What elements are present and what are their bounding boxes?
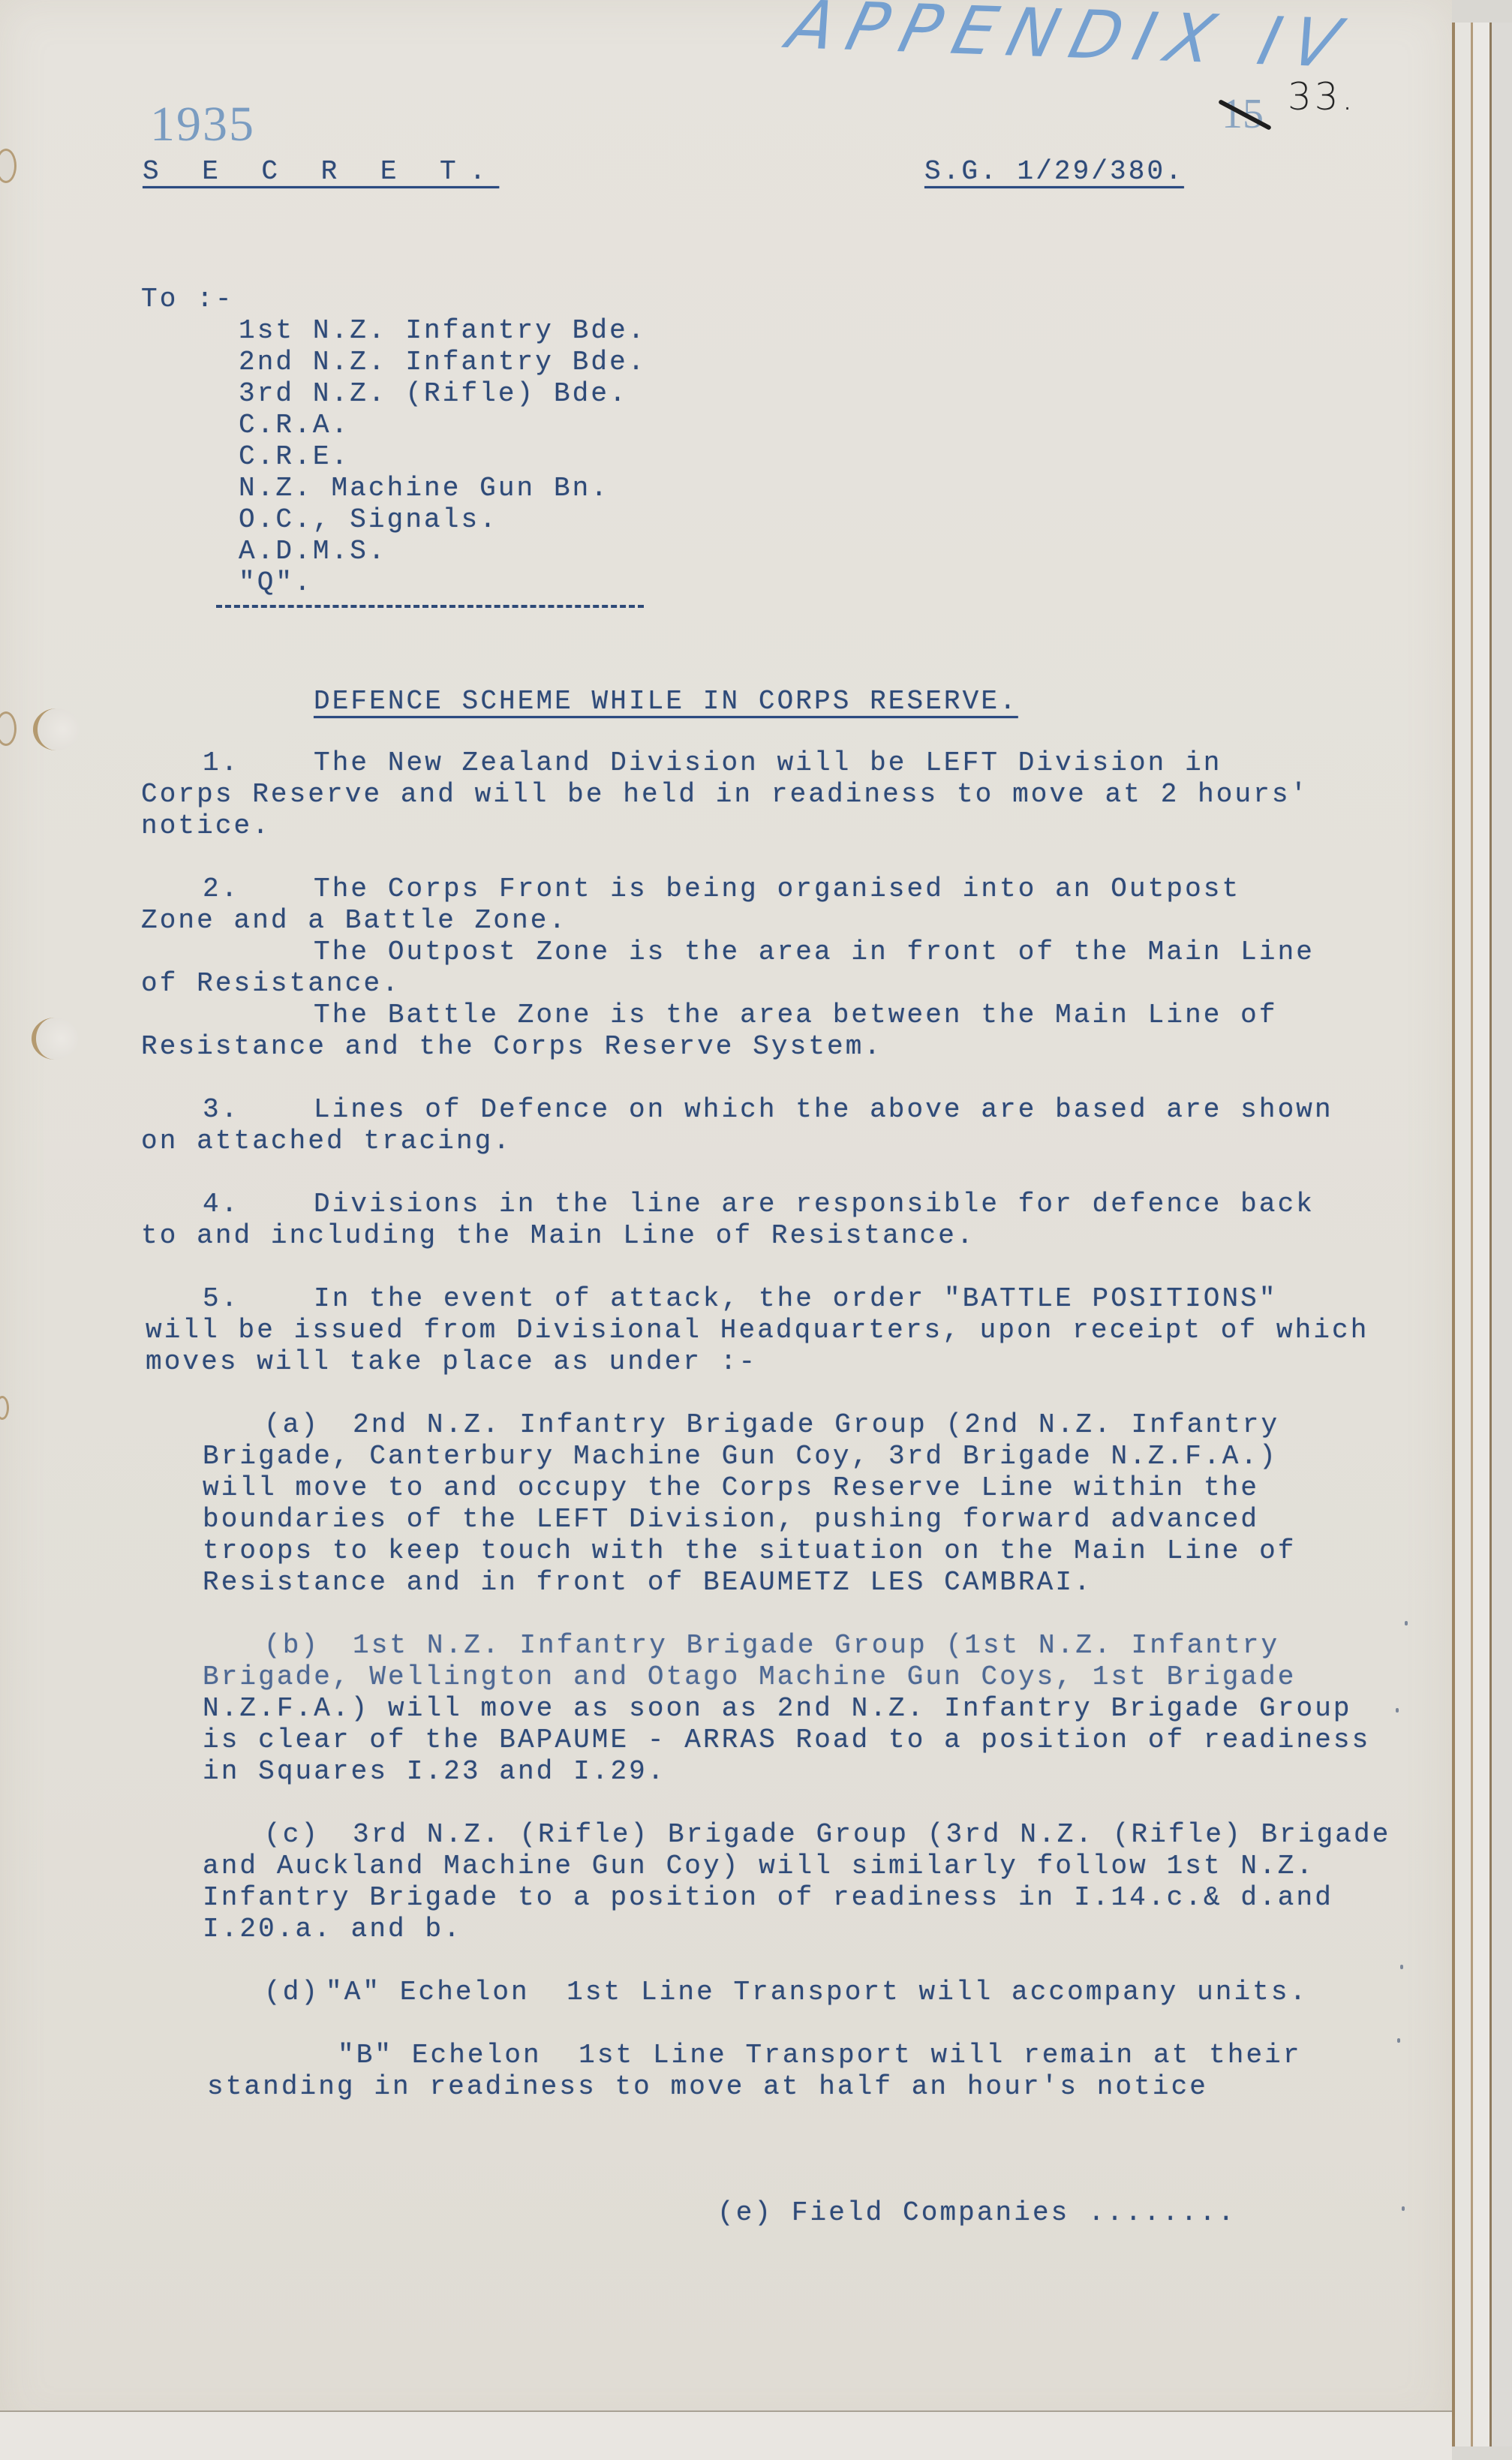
paragraph-line: will move to and occupy the Corps Reserv… bbox=[203, 1472, 1259, 1504]
paragraph-number: 2. bbox=[203, 874, 239, 905]
paragraph-line: N.Z.F.A.) will move as soon as 2nd N.Z. … bbox=[203, 1693, 1352, 1725]
sub-paragraph-label: (c) bbox=[264, 1819, 320, 1851]
stamp-year: 1935 bbox=[150, 96, 255, 153]
addressee-item: 3rd N.Z. (Rifle) Bde. bbox=[239, 378, 628, 410]
punch-hole-icon bbox=[32, 1018, 78, 1060]
paragraph-line: on attached tracing. bbox=[141, 1126, 512, 1157]
ink-speck bbox=[1405, 1621, 1408, 1625]
addressee-item: 1st N.Z. Infantry Bde. bbox=[239, 315, 646, 347]
paragraph-line: Lines of Defence on which the above are … bbox=[314, 1094, 1333, 1126]
paragraph-line: to and including the Main Line of Resist… bbox=[141, 1220, 975, 1252]
addressee-item: A.D.M.S. bbox=[239, 536, 387, 567]
paragraph-line: 1st N.Z. Infantry Brigade Group (1st N.Z… bbox=[353, 1630, 1279, 1662]
document-title: DEFENCE SCHEME WHILE IN CORPS RESERVE. bbox=[314, 686, 1018, 717]
ink-speck bbox=[1402, 2206, 1405, 2211]
paragraph-line: of Resistance. bbox=[141, 968, 401, 1000]
paragraph-number: 1. bbox=[203, 747, 239, 779]
section-divider bbox=[216, 605, 644, 608]
paragraph-line: I.20.a. and b. bbox=[203, 1914, 462, 1945]
addressee-item: C.R.E. bbox=[239, 441, 350, 473]
paragraph-line: Resistance and in front of BEAUMETZ LES … bbox=[203, 1567, 1093, 1598]
addressee-item: O.C., Signals. bbox=[239, 504, 498, 536]
underlying-sheet-edge bbox=[1489, 23, 1512, 2446]
punch-hole-icon bbox=[0, 711, 17, 746]
paragraph-line: moves will take place as under :- bbox=[146, 1346, 757, 1378]
punch-hole-icon bbox=[0, 149, 17, 183]
paragraph-line: Brigade, Canterbury Machine Gun Coy, 3rd… bbox=[203, 1441, 1278, 1472]
addressee-item: N.Z. Machine Gun Bn. bbox=[239, 473, 609, 504]
sub-paragraph-label: (a) bbox=[264, 1409, 320, 1441]
paragraph-number: 5. bbox=[203, 1283, 239, 1315]
addressee-label: To :- bbox=[141, 284, 234, 315]
appendix-label: APPENDIX IV bbox=[780, 0, 1360, 83]
paragraph-line: Corps Reserve and will be held in readin… bbox=[141, 779, 1309, 810]
paragraph-number: 3. bbox=[203, 1094, 239, 1126]
paragraph-line: 2nd N.Z. Infantry Brigade Group (2nd N.Z… bbox=[353, 1409, 1279, 1441]
addressee-item: "Q". bbox=[239, 567, 313, 599]
paragraph-line: Brigade, Wellington and Otago Machine Gu… bbox=[203, 1662, 1297, 1693]
document-page: APPENDIX IV 1935 15 33. S E C R E T. S.G… bbox=[0, 0, 1452, 2431]
paragraph-line: "A" Echelon 1st Line Transport will acco… bbox=[326, 1977, 1308, 2008]
paragraph-line: in Squares I.23 and I.29. bbox=[203, 1756, 666, 1788]
paragraph-line: troops to keep touch with the situation … bbox=[203, 1535, 1297, 1567]
paragraph-line: will be issued from Divisional Headquart… bbox=[146, 1315, 1369, 1346]
punch-hole-icon bbox=[33, 708, 80, 750]
sub-paragraph-label: (b) bbox=[264, 1630, 320, 1662]
ink-speck bbox=[1400, 1965, 1403, 1969]
paragraph-line: The Outpost Zone is the area in front of… bbox=[314, 937, 1315, 968]
reference-number: S.G. 1/29/380. bbox=[924, 156, 1184, 188]
ink-speck bbox=[1397, 2038, 1400, 2043]
paragraph-line: boundaries of the LEFT Division, pushing… bbox=[203, 1504, 1259, 1535]
paragraph-line: The New Zealand Division will be LEFT Di… bbox=[314, 747, 1222, 779]
paragraph-line: Divisions in the line are responsible fo… bbox=[314, 1189, 1315, 1220]
paragraph-line: standing in readiness to move at half an… bbox=[207, 2071, 1208, 2103]
addressee-item: C.R.A. bbox=[239, 410, 350, 441]
catchword-next-page: (e) Field Companies ........ bbox=[717, 2197, 1237, 2229]
ink-speck bbox=[1396, 1708, 1399, 1713]
addressee-item: 2nd N.Z. Infantry Bde. bbox=[239, 347, 646, 378]
paragraph-line: notice. bbox=[141, 810, 271, 842]
paragraph-line: 3rd N.Z. (Rifle) Brigade Group (3rd N.Z.… bbox=[353, 1819, 1390, 1851]
paragraph-number: 4. bbox=[203, 1189, 239, 1220]
punch-hole-icon bbox=[0, 1396, 9, 1420]
paragraph-line: is clear of the BAPAUME - ARRAS Road to … bbox=[203, 1725, 1370, 1756]
paragraph-line: Resistance and the Corps Reserve System. bbox=[141, 1031, 882, 1063]
paragraph-line: The Corps Front is being organised into … bbox=[314, 874, 1240, 905]
paragraph-line: The Battle Zone is the area between the … bbox=[314, 1000, 1278, 1031]
underlying-sheet-edge bbox=[0, 2410, 1452, 2460]
classification-secret: S E C R E T. bbox=[143, 156, 499, 188]
sub-paragraph-label: (d) bbox=[264, 1977, 320, 2008]
paragraph-line: "B" Echelon 1st Line Transport will rema… bbox=[338, 2040, 1302, 2071]
paragraph-line: Infantry Brigade to a position of readin… bbox=[203, 1882, 1333, 1914]
paragraph-line: Zone and a Battle Zone. bbox=[141, 905, 567, 937]
paragraph-line: and Auckland Machine Gun Coy) will simil… bbox=[203, 1851, 1315, 1882]
paragraph-line: In the event of attack, the order "BATTL… bbox=[314, 1283, 1278, 1315]
folio-number: 33. bbox=[1288, 75, 1357, 119]
